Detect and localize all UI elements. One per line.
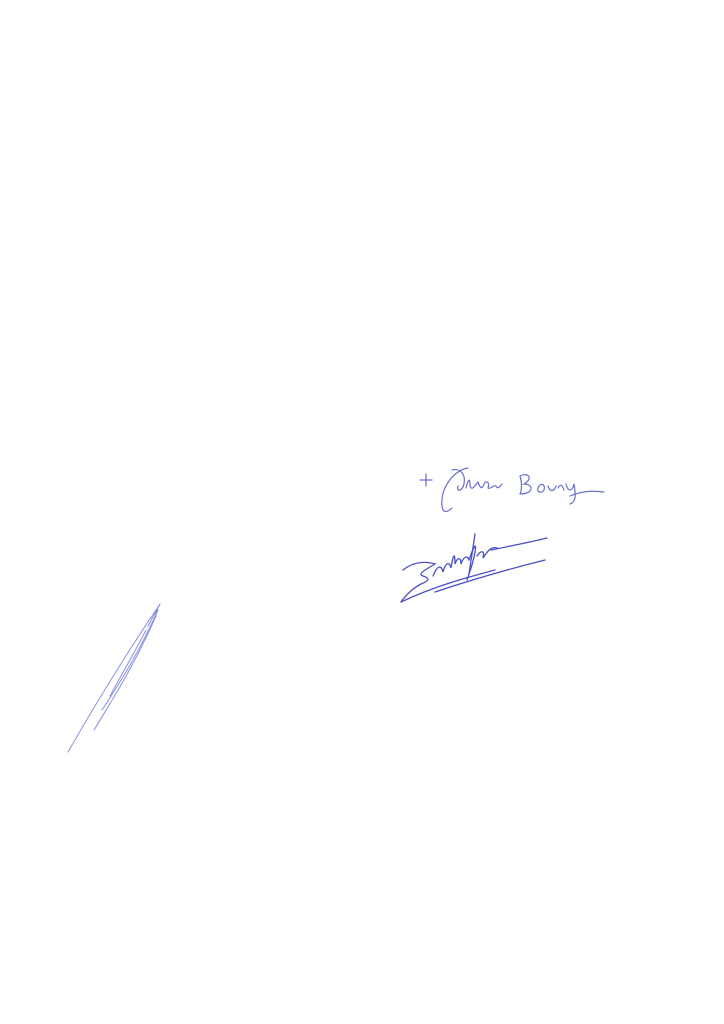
vicar-signature-image: [395, 530, 565, 610]
bishop-signature-image: [410, 462, 610, 522]
chancellor-signature-image: [62, 600, 172, 760]
